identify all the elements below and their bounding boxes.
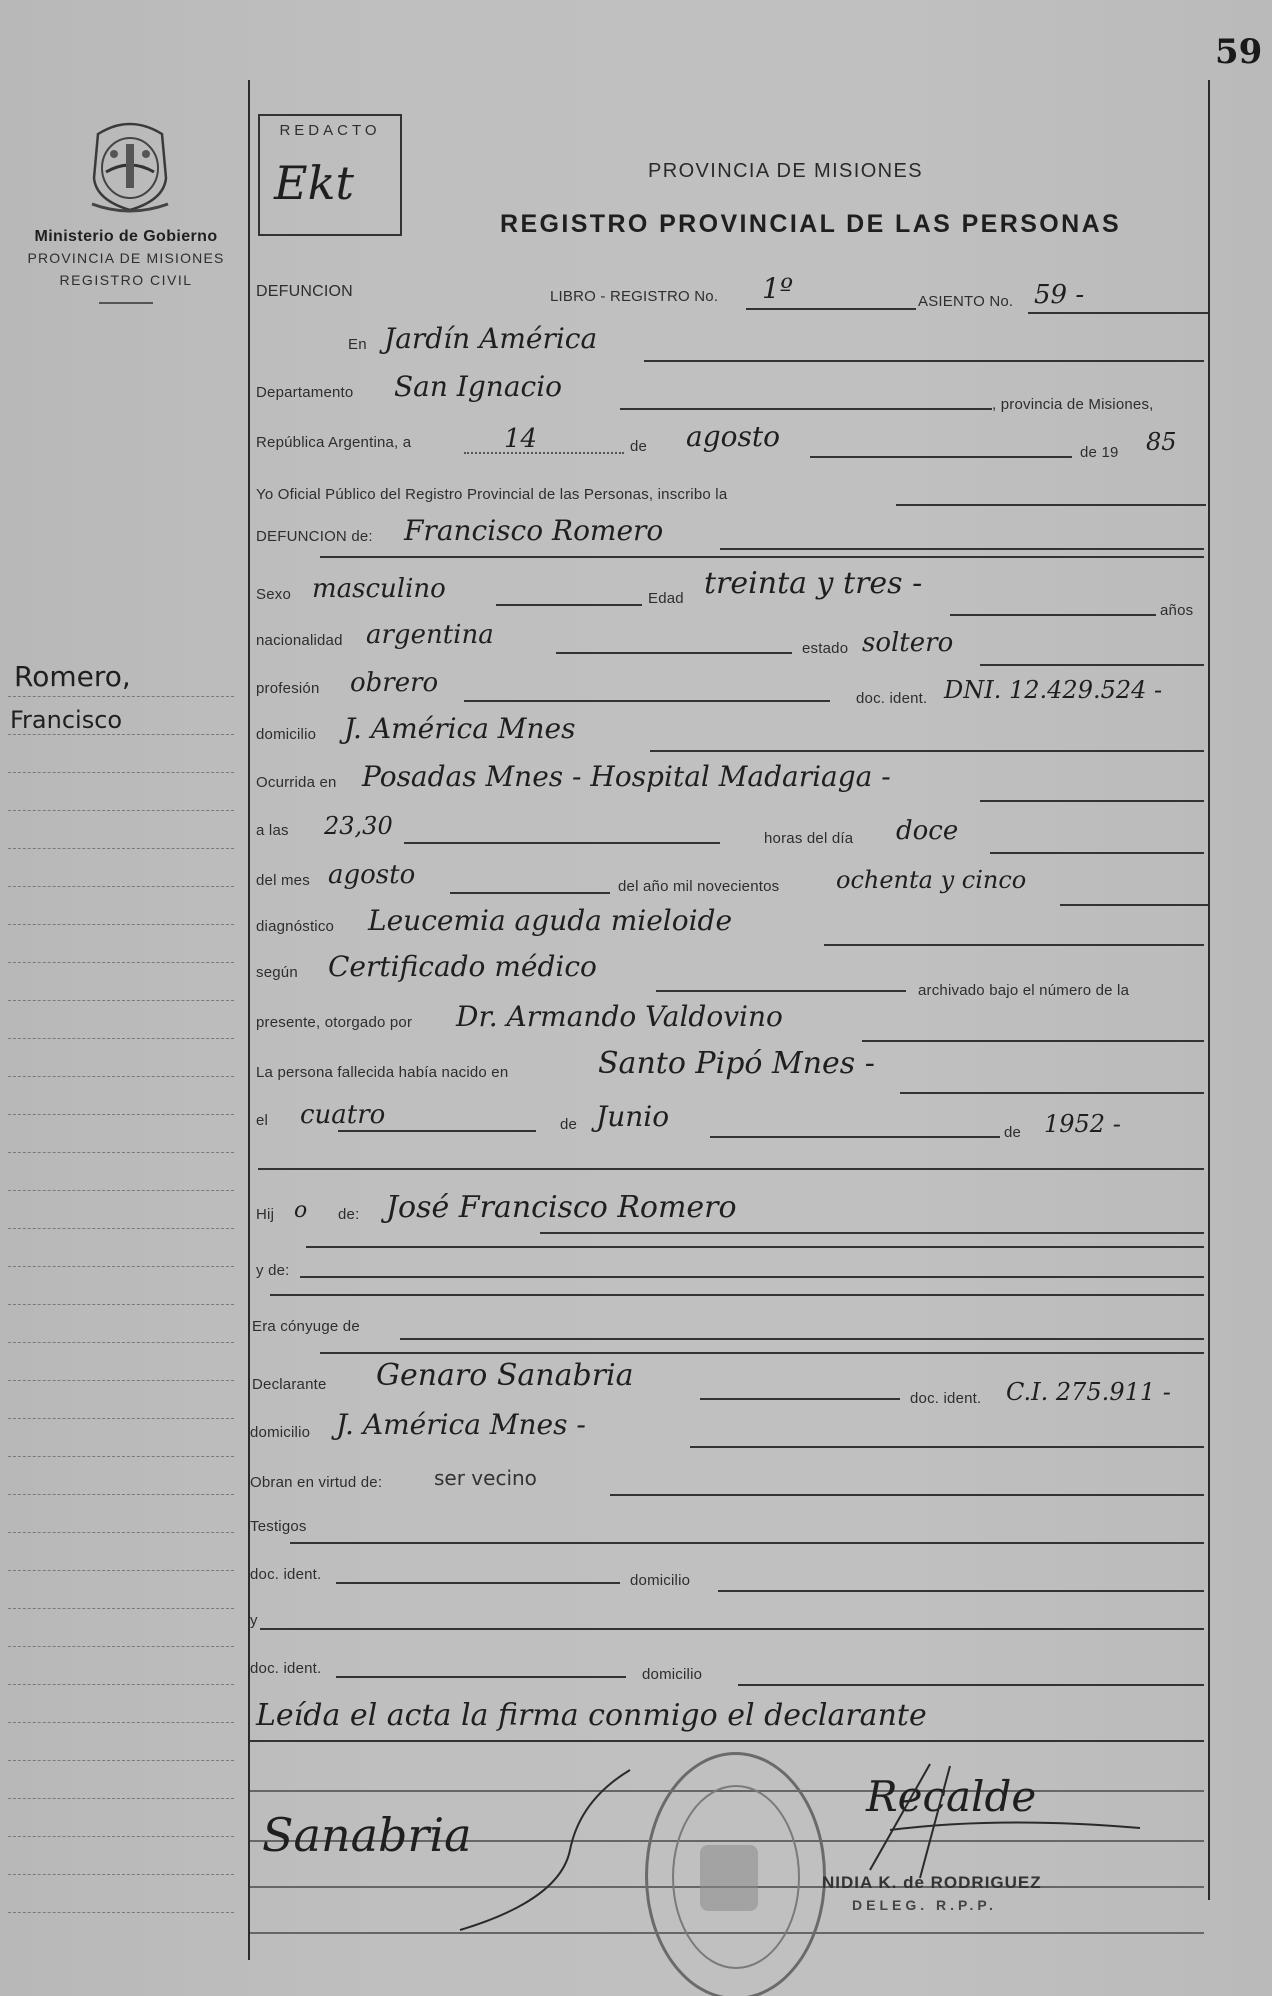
profesion-value: obrero — [350, 668, 438, 698]
hijo-label: Hij — [256, 1206, 274, 1223]
libro-value: 1º — [762, 272, 793, 305]
mes-value: agosto — [328, 860, 415, 890]
margin-line — [8, 1722, 234, 1723]
hijo-suffix: o — [294, 1198, 307, 1223]
margin-line — [8, 1874, 234, 1875]
defuncion-line — [720, 548, 1204, 550]
margin-line — [8, 1380, 234, 1381]
ocurrida-label: Ocurrida en — [256, 774, 337, 791]
sexo-line — [496, 604, 642, 606]
margin-line — [8, 772, 234, 773]
page-number: 59 — [1215, 32, 1262, 72]
margin-line — [8, 734, 234, 735]
margin-line — [8, 962, 234, 963]
margin-line — [8, 1912, 234, 1913]
nacionalidad-value: argentina — [366, 620, 494, 650]
margin-line — [8, 1228, 234, 1229]
domicilio-label: domicilio — [256, 726, 316, 743]
mes-year-line — [1060, 904, 1208, 906]
diagnostico-line — [824, 944, 1204, 946]
official-signature-strokes — [850, 1760, 1150, 1880]
segun-suffix: archivado bajo el número de la — [918, 982, 1129, 999]
margin-line — [8, 848, 234, 849]
hijo-value: José Francisco Romero — [386, 1190, 737, 1225]
act-type-label: DEFUNCION — [256, 283, 353, 301]
asiento-label: ASIENTO No. — [918, 293, 1013, 310]
domicilio-line — [650, 750, 1204, 752]
nacido-value: Santo Pipó Mnes - — [598, 1046, 875, 1081]
asiento-line — [1028, 312, 1208, 314]
en-value: Jardín América — [384, 322, 597, 355]
margin-line — [8, 1836, 234, 1837]
margin-line — [8, 1114, 234, 1115]
fecha-month-line — [810, 456, 1072, 458]
nacimiento-de1: de — [560, 1116, 577, 1133]
death-certificate-page: 59 Ministerio de Gobierno PROVINCIA DE M… — [0, 0, 1272, 1996]
margin-line — [8, 1266, 234, 1267]
departamento-value: San Ignacio — [394, 370, 562, 403]
segun-label: según — [256, 964, 298, 981]
hora-day-value: doce — [896, 816, 958, 846]
redacto-box: REDACTO Ekt — [258, 114, 402, 236]
registry-title: REGISTRO PROVINCIAL DE LAS PERSONAS — [500, 210, 1121, 239]
signature-flourish — [440, 1760, 640, 1940]
oficial-line — [896, 504, 1206, 506]
edad-line — [950, 614, 1156, 616]
nacionalidad-label: nacionalidad — [256, 632, 343, 649]
y-de-line — [300, 1276, 1204, 1278]
margin-line — [8, 1684, 234, 1685]
margin-line — [8, 810, 234, 811]
blank-line — [258, 1168, 1204, 1170]
estado-value: soltero — [862, 628, 953, 658]
fecha-day: 14 — [504, 424, 537, 454]
diagnostico-value: Leucemia aguda mieloide — [368, 904, 732, 937]
redacto-label: REDACTO — [260, 122, 400, 139]
testigo2-doc-label: doc. ident. — [250, 1660, 321, 1677]
edad-value: treinta y tres - — [704, 566, 922, 601]
fecha-month: agosto — [686, 420, 780, 453]
y-de-line-2 — [270, 1294, 1204, 1296]
mes-label: del mes — [256, 872, 310, 889]
defuncion-value: Francisco Romero — [404, 514, 663, 547]
hora-suffix: horas del día — [764, 830, 853, 847]
en-label: En — [348, 336, 367, 353]
ministry-office: REGISTRO CIVIL — [0, 272, 252, 288]
left-margin-rule — [248, 80, 250, 1960]
departamento-line — [620, 408, 992, 410]
coat-of-arms-icon — [84, 118, 176, 216]
nacimiento-day: cuatro — [300, 1100, 385, 1130]
seal-title: DELEG. R.P.P. — [852, 1897, 997, 1913]
nacionalidad-line — [556, 652, 792, 654]
y-line — [260, 1628, 1204, 1630]
testigos-line — [290, 1542, 1204, 1544]
oficial-text: Yo Oficial Público del Registro Provinci… — [256, 486, 727, 503]
hora-value: 23,30 — [324, 812, 393, 840]
stamp-emblem-icon — [700, 1845, 758, 1911]
libro-label: LIBRO - REGISTRO No. — [550, 288, 718, 305]
nacimiento-year: 1952 - — [1044, 1110, 1121, 1138]
profesion-label: profesión — [256, 680, 320, 697]
testigo2-domicilio-line — [738, 1684, 1204, 1686]
diagnostico-label: diagnóstico — [256, 918, 334, 935]
margin-line — [8, 1304, 234, 1305]
conyuge-line — [400, 1338, 1204, 1340]
official-stamp — [645, 1752, 826, 1996]
margin-given-name: Francisco — [10, 706, 122, 734]
declarante-line — [700, 1398, 900, 1400]
margin-line — [8, 1342, 234, 1343]
province-heading: PROVINCIA DE MISIONES — [648, 160, 923, 183]
testigo1-domicilio-line — [718, 1590, 1204, 1592]
obran-label: Obran en virtud de: — [250, 1474, 382, 1491]
obran-value: ser vecino — [434, 1466, 537, 1490]
departamento-suffix: , provincia de Misiones, — [992, 396, 1154, 413]
fecha-de2: de 19 — [1080, 444, 1119, 461]
conyuge-label: Era cónyuge de — [252, 1318, 360, 1335]
nacimiento-de2: de — [1004, 1124, 1021, 1141]
ministry-province: PROVINCIA DE MISIONES — [0, 250, 252, 266]
declarante-doc-value: C.I. 275.911 - — [1006, 1378, 1171, 1406]
segun-line — [656, 990, 906, 992]
nacido-label: La persona fallecida había nacido en — [256, 1064, 508, 1081]
defuncion-line-2 — [320, 556, 1204, 558]
segun-value: Certificado médico — [328, 950, 597, 983]
doc-ident-label: doc. ident. — [856, 690, 927, 707]
ministry-header: Ministerio de Gobierno PROVINCIA DE MISI… — [0, 228, 252, 304]
margin-line — [8, 1608, 234, 1609]
margin-line — [8, 1152, 234, 1153]
otorgado-label: presente, otorgado por — [256, 1014, 412, 1031]
margin-line — [8, 1646, 234, 1647]
seal-name: NIDIA K. de RODRIGUEZ — [822, 1873, 1042, 1893]
ministry-title: Ministerio de Gobierno — [0, 228, 252, 246]
fecha-year: 85 — [1146, 428, 1177, 456]
margin-line — [8, 1456, 234, 1457]
ocurrida-line — [980, 800, 1204, 802]
domicilio-declarante-line — [690, 1446, 1204, 1448]
profesion-line — [464, 700, 830, 702]
y-label: y — [250, 1612, 258, 1629]
ministry-divider — [99, 302, 153, 304]
sexo-value: masculino — [312, 574, 446, 604]
sexo-label: Sexo — [256, 586, 291, 603]
otorgado-line — [862, 1040, 1204, 1042]
edad-suffix: años — [1160, 602, 1193, 619]
testigo2-domicilio-label: domicilio — [642, 1666, 702, 1683]
testigo2-doc-line — [336, 1676, 626, 1678]
hijo-de-label: de: — [338, 1206, 359, 1223]
testigos-label: Testigos — [250, 1518, 307, 1535]
ocurrida-value: Posadas Mnes - Hospital Madariaga - — [362, 760, 891, 793]
declarante-label: Declarante — [252, 1376, 327, 1393]
margin-surname: Romero, — [14, 660, 131, 693]
testigo1-domicilio-label: domicilio — [630, 1572, 690, 1589]
en-line — [644, 360, 1204, 362]
domicilio-declarante-value: J. América Mnes - — [336, 1408, 586, 1441]
doc-ident-value: DNI. 12.429.524 - — [944, 676, 1162, 704]
closing-line — [250, 1740, 1204, 1742]
hora-label: a las — [256, 822, 289, 839]
margin-line — [8, 924, 234, 925]
hora-day-line — [990, 852, 1204, 854]
margin-line — [8, 1076, 234, 1077]
nacido-line — [900, 1092, 1204, 1094]
hijo-line-2 — [306, 1246, 1204, 1248]
departamento-label: Departamento — [256, 384, 353, 401]
margin-line — [8, 1418, 234, 1419]
margin-line — [8, 886, 234, 887]
estado-line — [980, 664, 1204, 666]
margin-line — [8, 696, 234, 697]
nacimiento-month: Junio — [596, 1100, 669, 1133]
obran-line — [610, 1494, 1204, 1496]
testigo1-doc-line — [336, 1582, 620, 1584]
margin-line — [8, 1190, 234, 1191]
testigo1-doc-label: doc. ident. — [250, 1566, 321, 1583]
margin-line — [8, 1532, 234, 1533]
asiento-value: 59 - — [1034, 280, 1084, 310]
redacto-initials: Ekt — [274, 156, 354, 210]
otorgado-value: Dr. Armando Valdovino — [456, 1000, 783, 1033]
fecha-day-line — [464, 452, 624, 454]
right-margin-rule — [1208, 80, 1210, 1900]
hora-line — [404, 842, 720, 844]
estado-label: estado — [802, 640, 848, 657]
mes-line — [450, 892, 610, 894]
nacimiento-label: el — [256, 1112, 268, 1129]
domicilio-value: J. América Mnes — [344, 712, 575, 745]
mes-year-value: ochenta y cinco — [836, 866, 1026, 894]
declarante-value: Genaro Sanabria — [376, 1358, 634, 1393]
margin-line — [8, 1494, 234, 1495]
declarante-doc-label: doc. ident. — [910, 1390, 981, 1407]
margin-line — [8, 1570, 234, 1571]
domicilio-declarante-label: domicilio — [250, 1424, 310, 1441]
conyuge-line-2 — [320, 1352, 1204, 1354]
margin-line — [8, 1038, 234, 1039]
margin-line — [8, 1000, 234, 1001]
margin-line — [8, 1798, 234, 1799]
y-de-label: y de: — [256, 1262, 290, 1279]
nacimiento-day-line — [338, 1130, 536, 1132]
defuncion-label: DEFUNCION de: — [256, 528, 373, 545]
mes-suffix: del año mil novecientos — [618, 878, 779, 895]
margin-line — [8, 1760, 234, 1761]
closing-text: Leída el acta la firma conmigo el declar… — [256, 1698, 927, 1733]
nacimiento-month-line — [710, 1136, 1000, 1138]
edad-label: Edad — [648, 590, 684, 607]
fecha-prefix: República Argentina, a — [256, 434, 411, 451]
hijo-line — [540, 1232, 1204, 1234]
libro-line — [746, 308, 916, 310]
fecha-de1: de — [630, 438, 647, 455]
